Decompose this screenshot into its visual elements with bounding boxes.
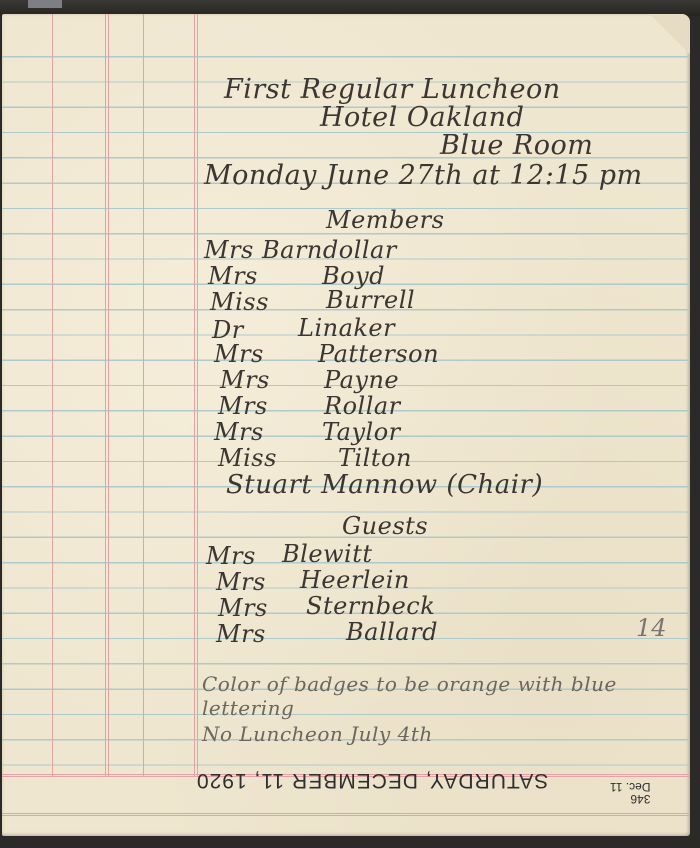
margin-line-red [105, 14, 106, 776]
day-of-year: 346 [610, 793, 650, 805]
member-honorific: Mrs [214, 340, 264, 368]
folded-corner [630, 14, 690, 54]
margin-line-red [194, 14, 195, 776]
member-chair: Stuart Mannow (Chair) [226, 470, 543, 500]
note-line: Color of badges to be orange with blue [202, 672, 617, 696]
guest-name: Sternbeck [306, 592, 435, 620]
note-line: lettering [202, 696, 294, 720]
member-name: Payne [324, 366, 399, 394]
member-honorific: Mrs [214, 418, 264, 446]
member-honorific: Miss [210, 288, 269, 316]
member-honorific: Mrs [218, 392, 268, 420]
guest-honorific: Mrs [218, 594, 268, 622]
attendance-count: 14 [636, 614, 667, 642]
guest-name: Ballard [346, 618, 438, 646]
margin-line-red [52, 14, 53, 776]
members-heading: Members [326, 206, 444, 234]
margin-line-red [197, 14, 198, 776]
member-name: Barndollar [262, 236, 397, 264]
member-name: Burrell [326, 286, 415, 314]
guest-honorific: Mrs [206, 542, 256, 570]
margin-line-red [108, 14, 109, 776]
member-honorific: Mrs [208, 262, 258, 290]
guest-honorific: Mrs [216, 620, 266, 648]
member-honorific: Mrs [220, 366, 270, 394]
member-name: Rollar [324, 392, 401, 420]
margin-line-red [143, 14, 144, 776]
guests-heading: Guests [342, 512, 428, 540]
guest-name: Heerlein [300, 566, 410, 594]
member-name: Tilton [338, 444, 412, 472]
member-honorific: Mrs [204, 236, 254, 264]
member-name: Patterson [318, 340, 439, 368]
binding-clip [28, 0, 62, 8]
footer-rule-bottom [2, 815, 690, 816]
heading-datetime: Monday June 27th at 12:15 pm [204, 160, 643, 191]
member-name: Taylor [322, 418, 401, 446]
heading-room: Blue Room [440, 130, 593, 161]
note-line: No Luncheon July 4th [202, 722, 433, 746]
member-name: Linaker [298, 314, 395, 342]
printed-date: SATURDAY, DECEMBER 11, 1920 [196, 768, 548, 792]
guest-honorific: Mrs [216, 568, 266, 596]
heading-title: First Regular Luncheon [224, 74, 561, 105]
heading-venue: Hotel Oakland [320, 102, 524, 133]
printed-day-number: 346 Dec. 11 [610, 781, 650, 805]
guest-name: Blewitt [282, 540, 373, 568]
member-honorific: Miss [218, 444, 277, 472]
short-date: Dec. 11 [610, 781, 650, 793]
